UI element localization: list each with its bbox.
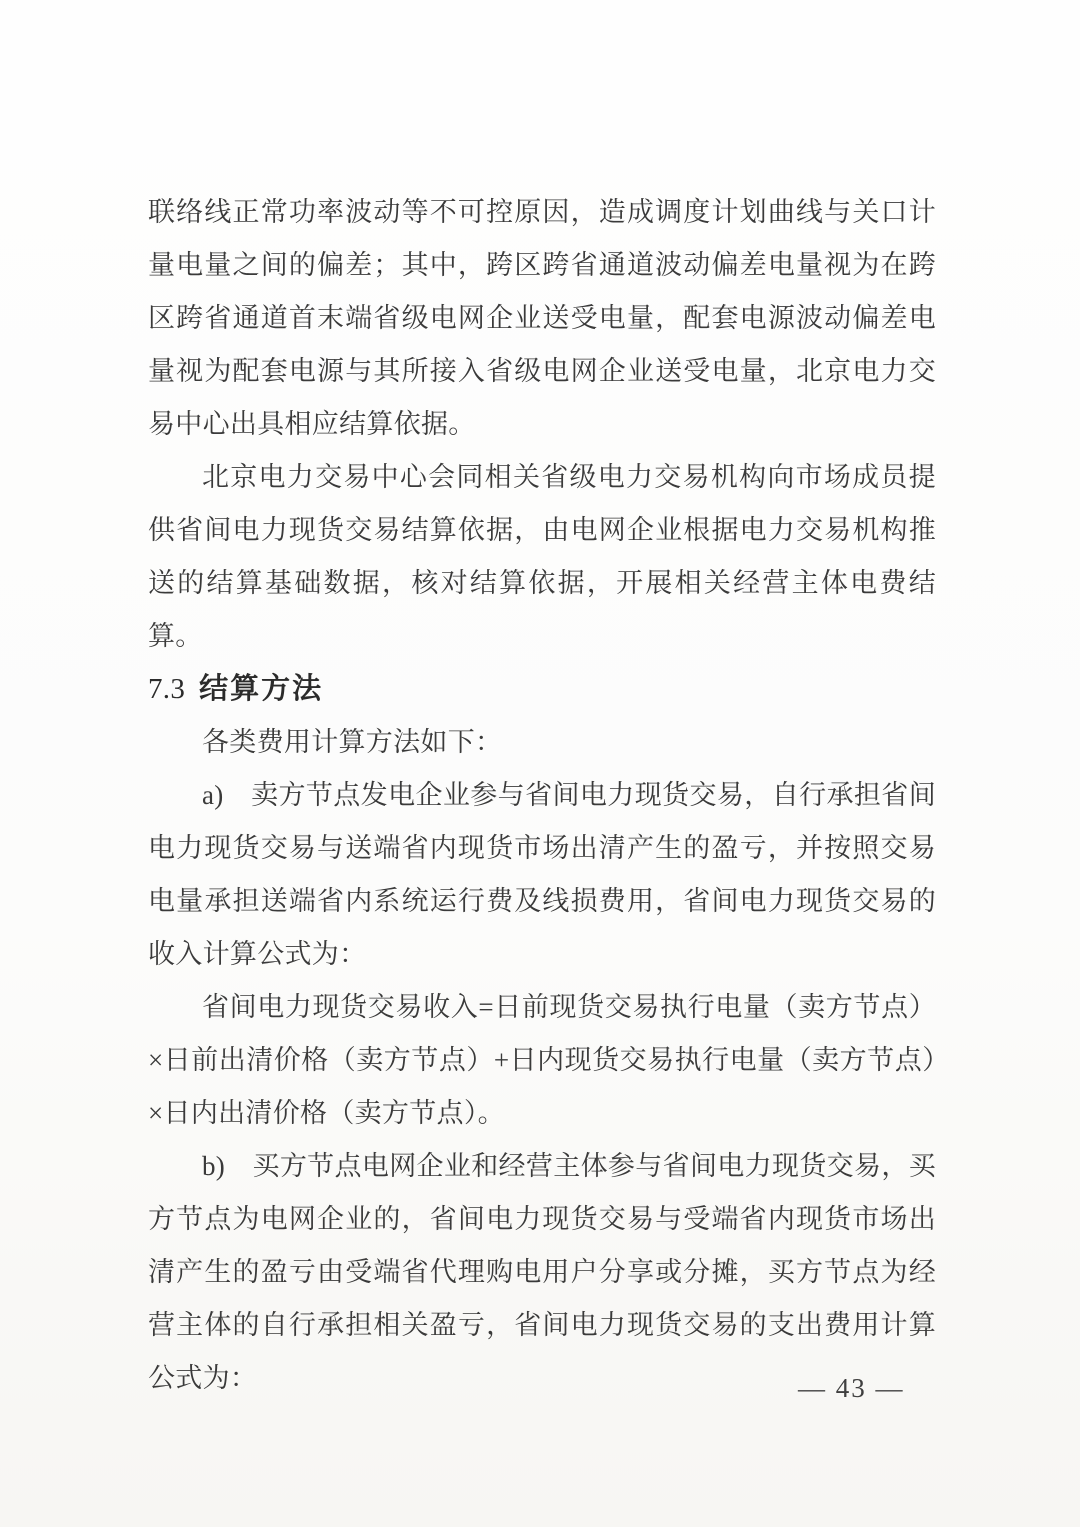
para-continuation: 联络线正常功率波动等不可控原因，造成调度计划曲线与关口计量电量之间的偏差；其中，… xyxy=(148,186,936,451)
document-page: 联络线正常功率波动等不可控原因，造成调度计划曲线与关口计量电量之间的偏差；其中，… xyxy=(0,0,1080,1527)
section-heading-title: 结算方法 xyxy=(199,673,323,705)
section-heading: 7.3结算方法 xyxy=(148,663,936,716)
page-number: — 43 — xyxy=(798,1372,905,1404)
document-body: 联络线正常功率波动等不可控原因，造成调度计划曲线与关口计量电量之间的偏差；其中，… xyxy=(148,186,936,1405)
para-item-b: b) 买方节点电网企业和经营主体参与省间电力现货交易，买方节点为电网企业的，省间… xyxy=(148,1140,936,1405)
section-heading-number: 7.3 xyxy=(148,673,185,705)
para-settlement-basis: 北京电力交易中心会同相关省级电力交易机构向市场成员提供省间电力现货交易结算依据，… xyxy=(148,451,936,663)
para-formula-revenue: 省间电力现货交易收入=日前现货交易执行电量（卖方节点）×日前出清价格（卖方节点）… xyxy=(148,981,936,1140)
para-methods-intro: 各类费用计算方法如下： xyxy=(148,716,936,769)
para-item-a: a) 卖方节点发电企业参与省间电力现货交易，自行承担省间电力现货交易与送端省内现… xyxy=(148,769,936,981)
